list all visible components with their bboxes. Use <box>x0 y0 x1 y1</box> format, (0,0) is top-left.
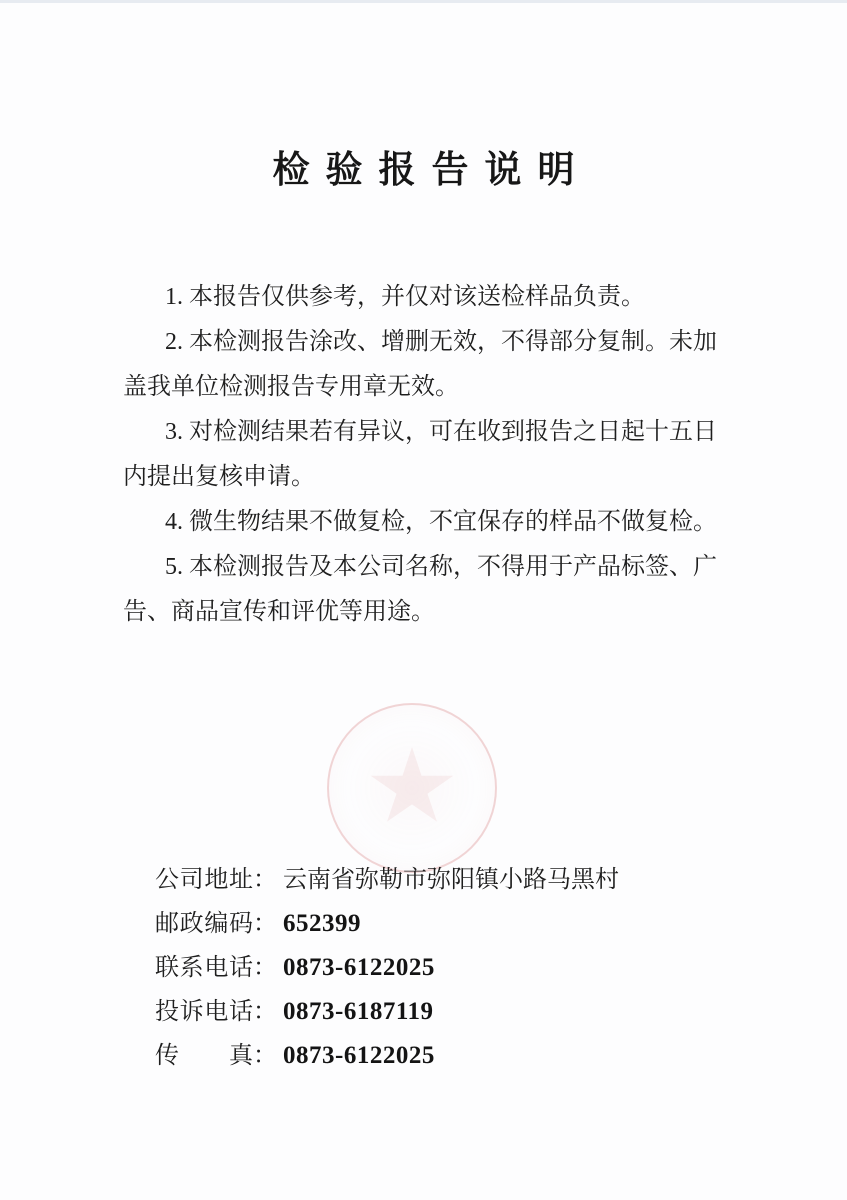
scan-edge-artifact <box>0 0 847 3</box>
note-line: 内提出复核申请。 <box>123 455 783 500</box>
contact-label: 投诉电话 <box>155 990 253 1034</box>
inspection-report-notes-page: 检验报告说明 1. 本报告仅供参考，并仅对该送检样品负责。 2. 本检测报告涂改… <box>0 0 847 1200</box>
contact-row-address: 公司地址：云南省弥勒市弥阳镇小路马黑村 <box>155 858 619 902</box>
seal-star-icon <box>369 747 455 829</box>
contact-colon: ： <box>253 946 277 990</box>
contact-colon: ： <box>253 902 277 946</box>
contact-value: 0873-6122025 <box>283 954 435 981</box>
document-title: 检验报告说明 <box>0 139 847 193</box>
notes-section: 1. 本报告仅供参考，并仅对该送检样品负责。 2. 本检测报告涂改、增删无效，不… <box>123 275 783 635</box>
contact-row-postcode: 邮政编码：652399 <box>155 902 619 946</box>
contact-info-section: 公司地址：云南省弥勒市弥阳镇小路马黑村 邮政编码：652399 联系电话：087… <box>155 858 619 1078</box>
contact-colon: ： <box>253 1034 277 1078</box>
note-line: 2. 本检测报告涂改、增删无效，不得部分复制。未加 <box>123 320 783 365</box>
contact-value: 0873-6122025 <box>283 1042 435 1069</box>
contact-colon: ： <box>253 990 277 1034</box>
company-seal-stamp-icon <box>327 703 497 873</box>
contact-value: 云南省弥勒市弥阳镇小路马黑村 <box>283 867 619 893</box>
note-line: 盖我单位检测报告专用章无效。 <box>123 365 783 410</box>
contact-label: 传真 <box>155 1034 253 1078</box>
note-line: 4. 微生物结果不做复检，不宜保存的样品不做复检。 <box>123 500 783 545</box>
contact-row-phone: 联系电话：0873-6122025 <box>155 946 619 990</box>
contact-label: 邮政编码 <box>155 902 253 946</box>
note-line: 3. 对检测结果若有异议，可在收到报告之日起十五日 <box>123 410 783 455</box>
contact-row-fax: 传真：0873-6122025 <box>155 1034 619 1078</box>
contact-colon: ： <box>253 858 277 902</box>
contact-label: 联系电话 <box>155 946 253 990</box>
contact-label: 公司地址 <box>155 858 253 902</box>
note-line: 5. 本检测报告及本公司名称，不得用于产品标签、广 <box>123 545 783 590</box>
note-line: 1. 本报告仅供参考，并仅对该送检样品负责。 <box>123 275 783 320</box>
contact-value: 0873-6187119 <box>283 998 433 1025</box>
contact-row-complaint-phone: 投诉电话：0873-6187119 <box>155 990 619 1034</box>
contact-value: 652399 <box>283 910 361 937</box>
note-line: 告、商品宣传和评优等用途。 <box>123 590 783 635</box>
